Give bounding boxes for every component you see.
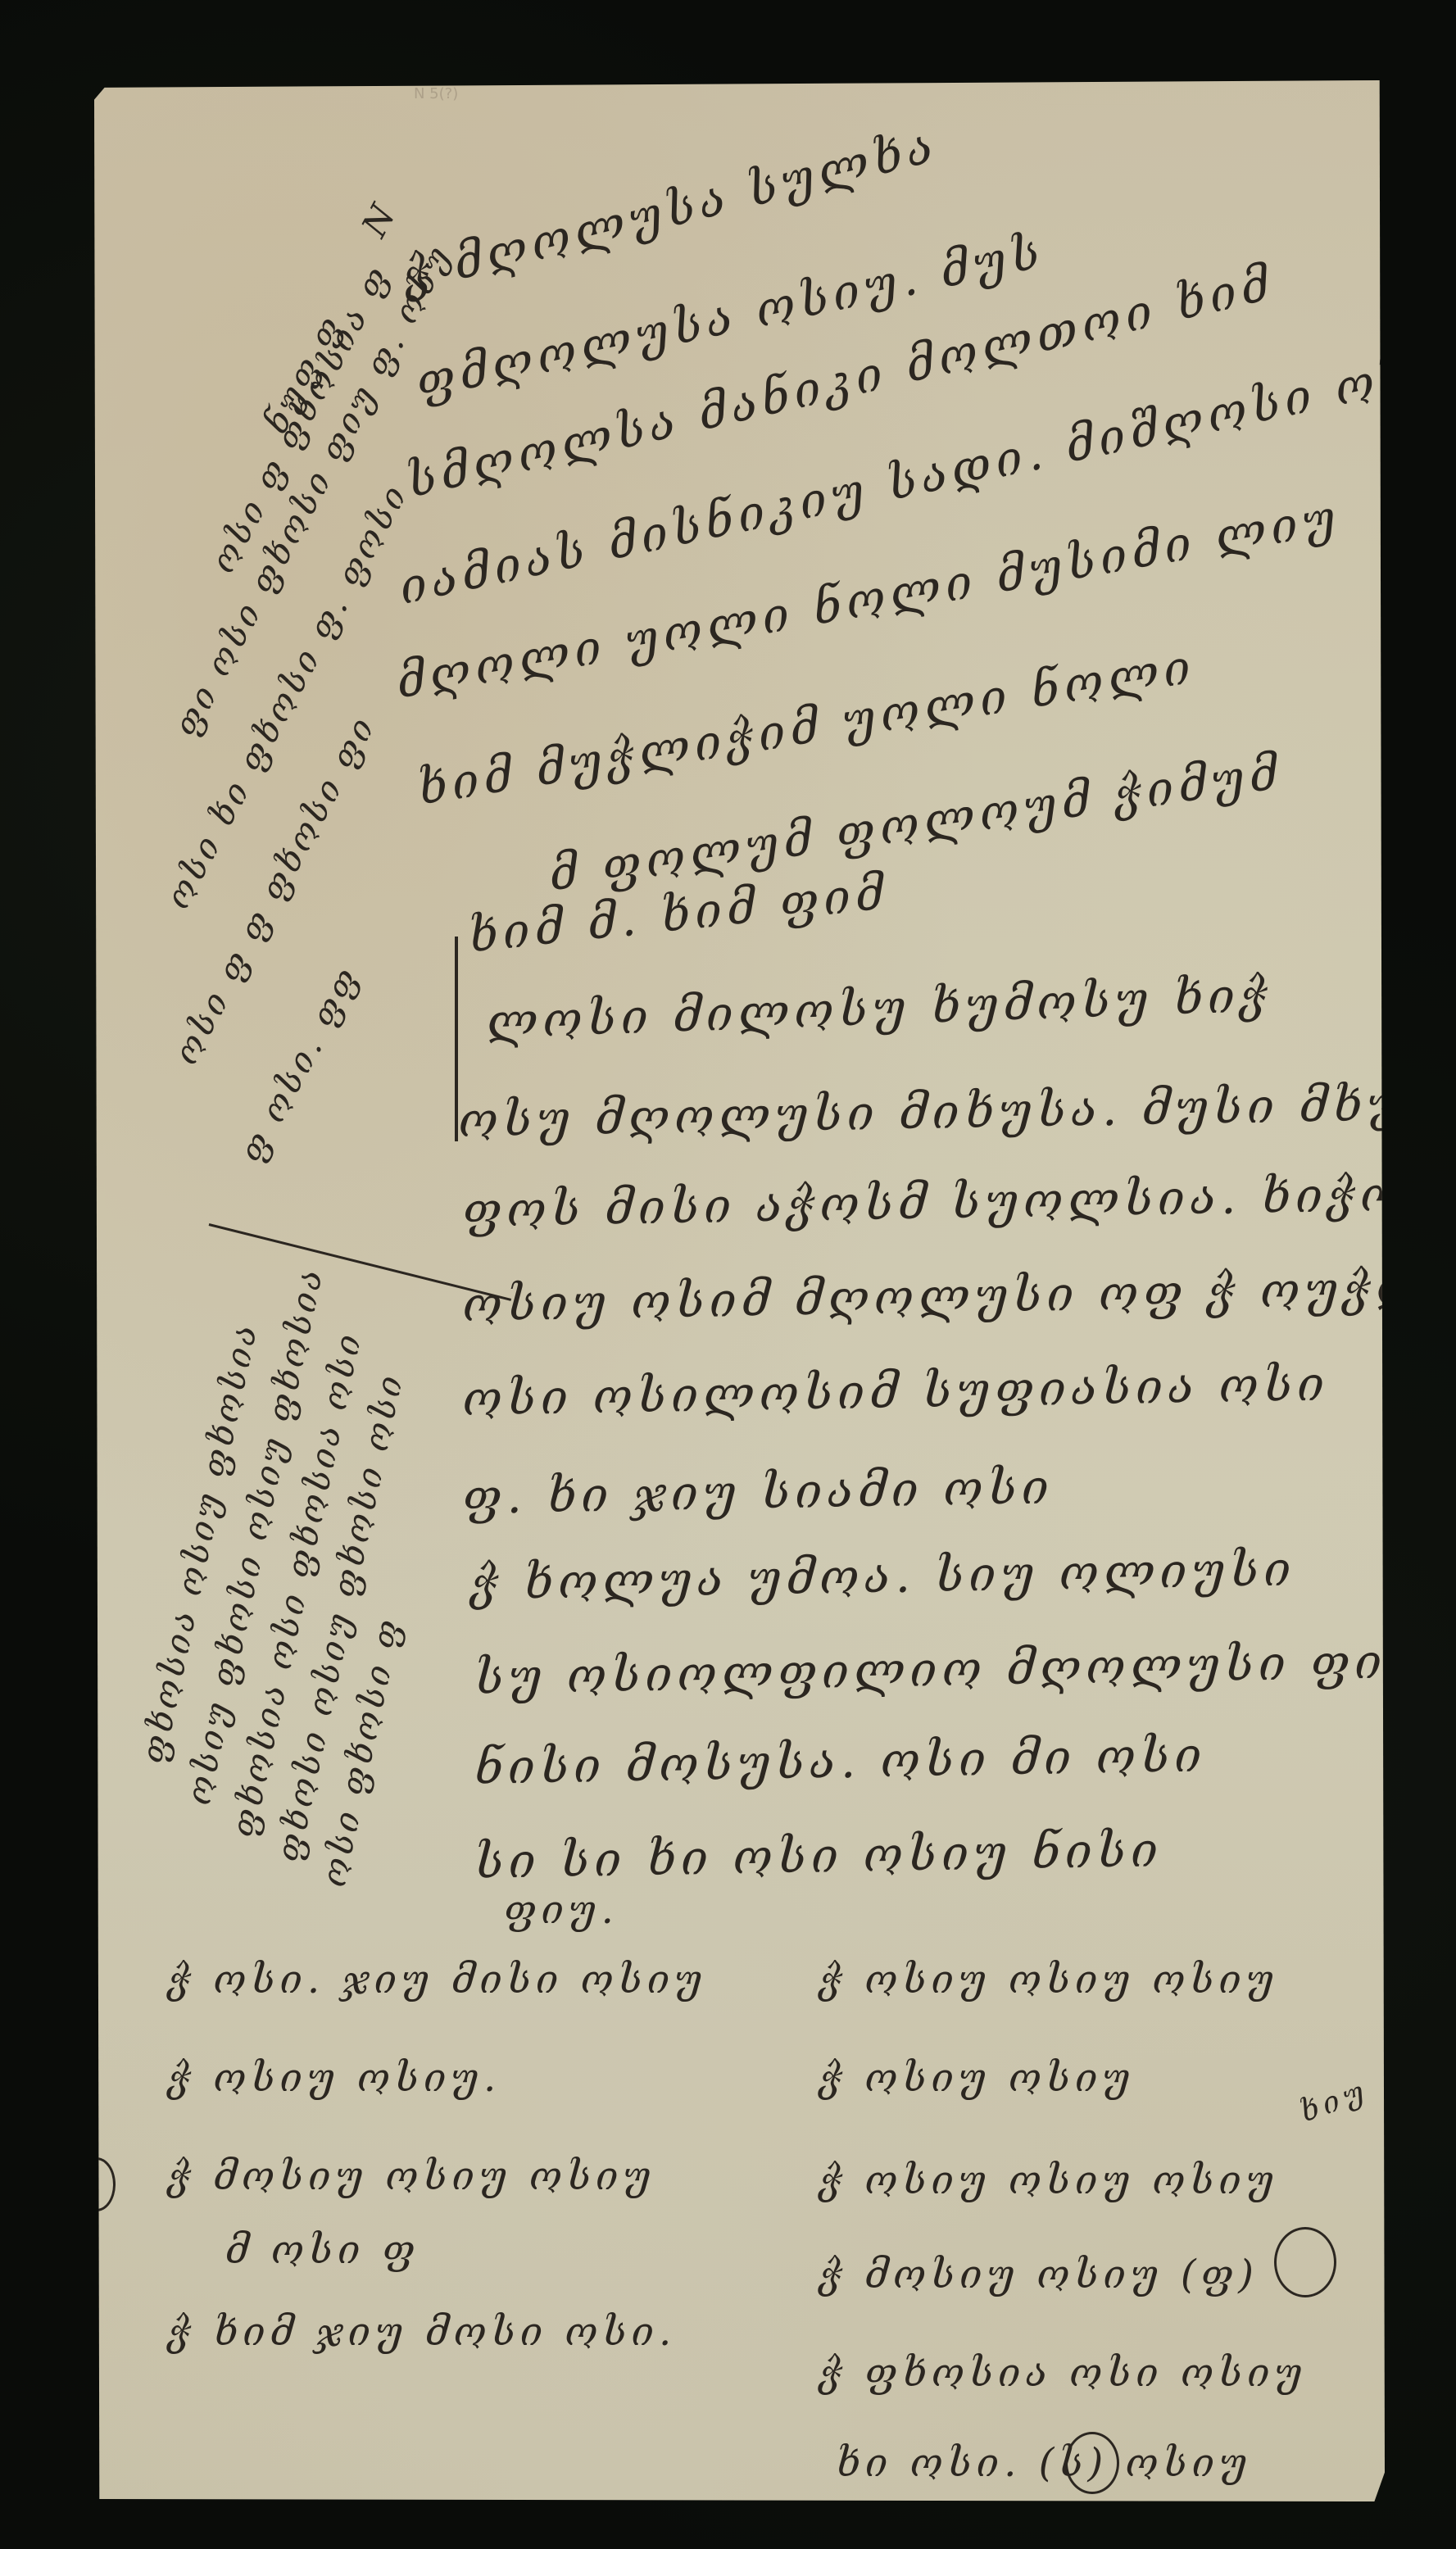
- margin-line: ფ ოსი. ფფ: [231, 959, 368, 1169]
- list-line: ჭ ოსიუ ოსიუ: [819, 2055, 1135, 2101]
- superscript-note: ხიუ: [1295, 2074, 1373, 2129]
- main-line: ოსუ მღოლუსი მიხუსა. მუსი მხუსი: [458, 1074, 1456, 1148]
- main-line: მღოლი უოლი ნოლი მუსიმი ლიუ: [392, 488, 1345, 710]
- list-line: ჭ ხიმ ჯიუ მოსი ოსი.: [168, 2309, 676, 2355]
- main-line: სი სი ხი ოსი ოსიუ ნისი: [474, 1821, 1163, 1889]
- margin-line: N: [354, 195, 405, 243]
- list-line: ჭ ოსიუ ოსიუ ოსიუ: [819, 1957, 1279, 2002]
- main-line: ფ. ხი ჯიუ სიამი ოსი: [462, 1458, 1055, 1525]
- circled-mark: [1065, 2432, 1119, 2494]
- main-line: სუ ოსიოლფილიო მღოლუსი ფი ხი: [474, 1632, 1456, 1705]
- main-line: ჭ ხოლუა უმოა. სიუ ოლიუსი: [470, 1540, 1296, 1611]
- bracket-mark: [455, 937, 465, 1141]
- archive-mark: N 5(?): [414, 85, 458, 102]
- manuscript-page: N 5(?) ჭ მღოლუსა სულხა ფმღოლუსა ოსიუ. მუ…: [94, 80, 1385, 2501]
- main-line: ნისი მოსუსა. ოსი მი ოსი: [474, 1726, 1207, 1795]
- list-line: მ ოსი ფ: [225, 2227, 420, 2273]
- list-line: ფიუ.: [504, 1887, 619, 1933]
- list-line: ჭ ოსიუ ოსიუ.: [168, 2055, 501, 2101]
- list-line: ჭ მოსიუ ოსიუ (ფ): [819, 2252, 1259, 2297]
- list-line: ჭ ფხოსია ოსი ოსიუ: [819, 2350, 1307, 2396]
- list-line: ხი ოსი. (ს) ოსიუ: [836, 2440, 1252, 2486]
- main-line: ოსიუ ოსიმ მღოლუსი ოფ ჭ ოუჭლხსიუ: [462, 1257, 1456, 1332]
- main-line: ლოსი მილოსუ ხუმოსუ ხიჭ: [486, 967, 1273, 1050]
- main-line: ფოს მისი აჭოსმ სუოლსია. ხიჭომ: [462, 1165, 1439, 1238]
- list-line: ჭ ოსი. ჯიუ მისი ოსიუ: [168, 1957, 707, 2002]
- main-line: ოსი ოსილოსიმ სუფიასია ოსი: [462, 1356, 1330, 1426]
- list-line: ჭ ოსიუ ოსიუ ოსიუ: [819, 2157, 1279, 2203]
- circled-mark: [1274, 2227, 1336, 2297]
- list-line: ჭ მოსიუ ოსიუ ოსიუ: [168, 2153, 655, 2199]
